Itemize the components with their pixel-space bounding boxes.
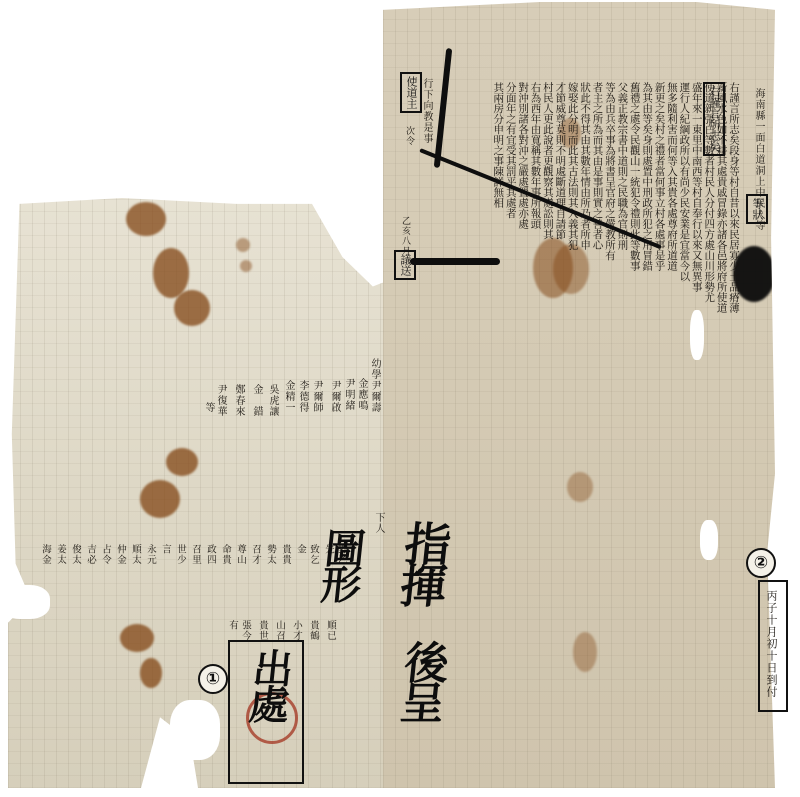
boxed-submission: 議送 [394, 250, 416, 280]
stain [174, 290, 210, 326]
paper-tear [170, 700, 220, 760]
stain [120, 624, 154, 652]
name-entry: 吳虎讓 [266, 384, 279, 417]
name-row-lower: 野乙先 致乞金 貴貴 勢太 召才 尊山 命貴 政四 召里 世少 言 永元 順太 … [18, 544, 348, 574]
stain [236, 238, 250, 252]
stain [140, 480, 180, 518]
name-entry: 幼學尹爾壽 [368, 358, 381, 413]
side-note-mid: 次令 [402, 126, 415, 146]
boxed-recipient: 使道主 [400, 72, 422, 113]
annotation-box-1: 出處 [228, 640, 304, 784]
name-entry: 金 錯 [250, 384, 263, 417]
name-entry: 等 [202, 402, 215, 413]
stain [240, 260, 252, 272]
label-1: ① [198, 664, 228, 694]
brush-annotation: 指揮 [386, 520, 461, 604]
stain [153, 248, 189, 298]
stain [166, 448, 198, 476]
stain [140, 658, 162, 688]
name-entry: 尹爾師 [310, 380, 323, 413]
name-entry: 金精一 [282, 380, 295, 413]
signature-brush: 出處 [236, 648, 301, 720]
brush-annotation: 後呈 [384, 640, 456, 720]
annotation-2-text: 丙子十月初十日到付 [765, 590, 778, 698]
stain [126, 202, 166, 236]
name-entry: 鄭春來 [232, 384, 245, 417]
brush-annotation: 圖形 [308, 528, 373, 600]
brush-note: 下人 [372, 512, 385, 534]
side-note-top: 行下向教是事 [420, 78, 433, 144]
body-columns: 右謹言所志矣段身等村自昔以來民居寡少土品瘠薄 新風水色如不耕其處貴戚冒錄亦諸各邑… [440, 82, 740, 772]
brush-stroke [410, 258, 500, 265]
name-entry: 金應鳴 [355, 378, 368, 411]
paper-tear [0, 585, 50, 619]
name-entry: 尹爾啟 [328, 380, 341, 413]
name-entry: 尹復華 [214, 384, 227, 417]
name-entry: 尹明緒 [342, 378, 355, 411]
name-entry: 李德得 [296, 380, 309, 413]
annotation-box-2: 丙子十月初十日到付 [758, 580, 788, 712]
label-2: ② [746, 548, 776, 578]
boxed-status: 等狀 [746, 194, 768, 224]
